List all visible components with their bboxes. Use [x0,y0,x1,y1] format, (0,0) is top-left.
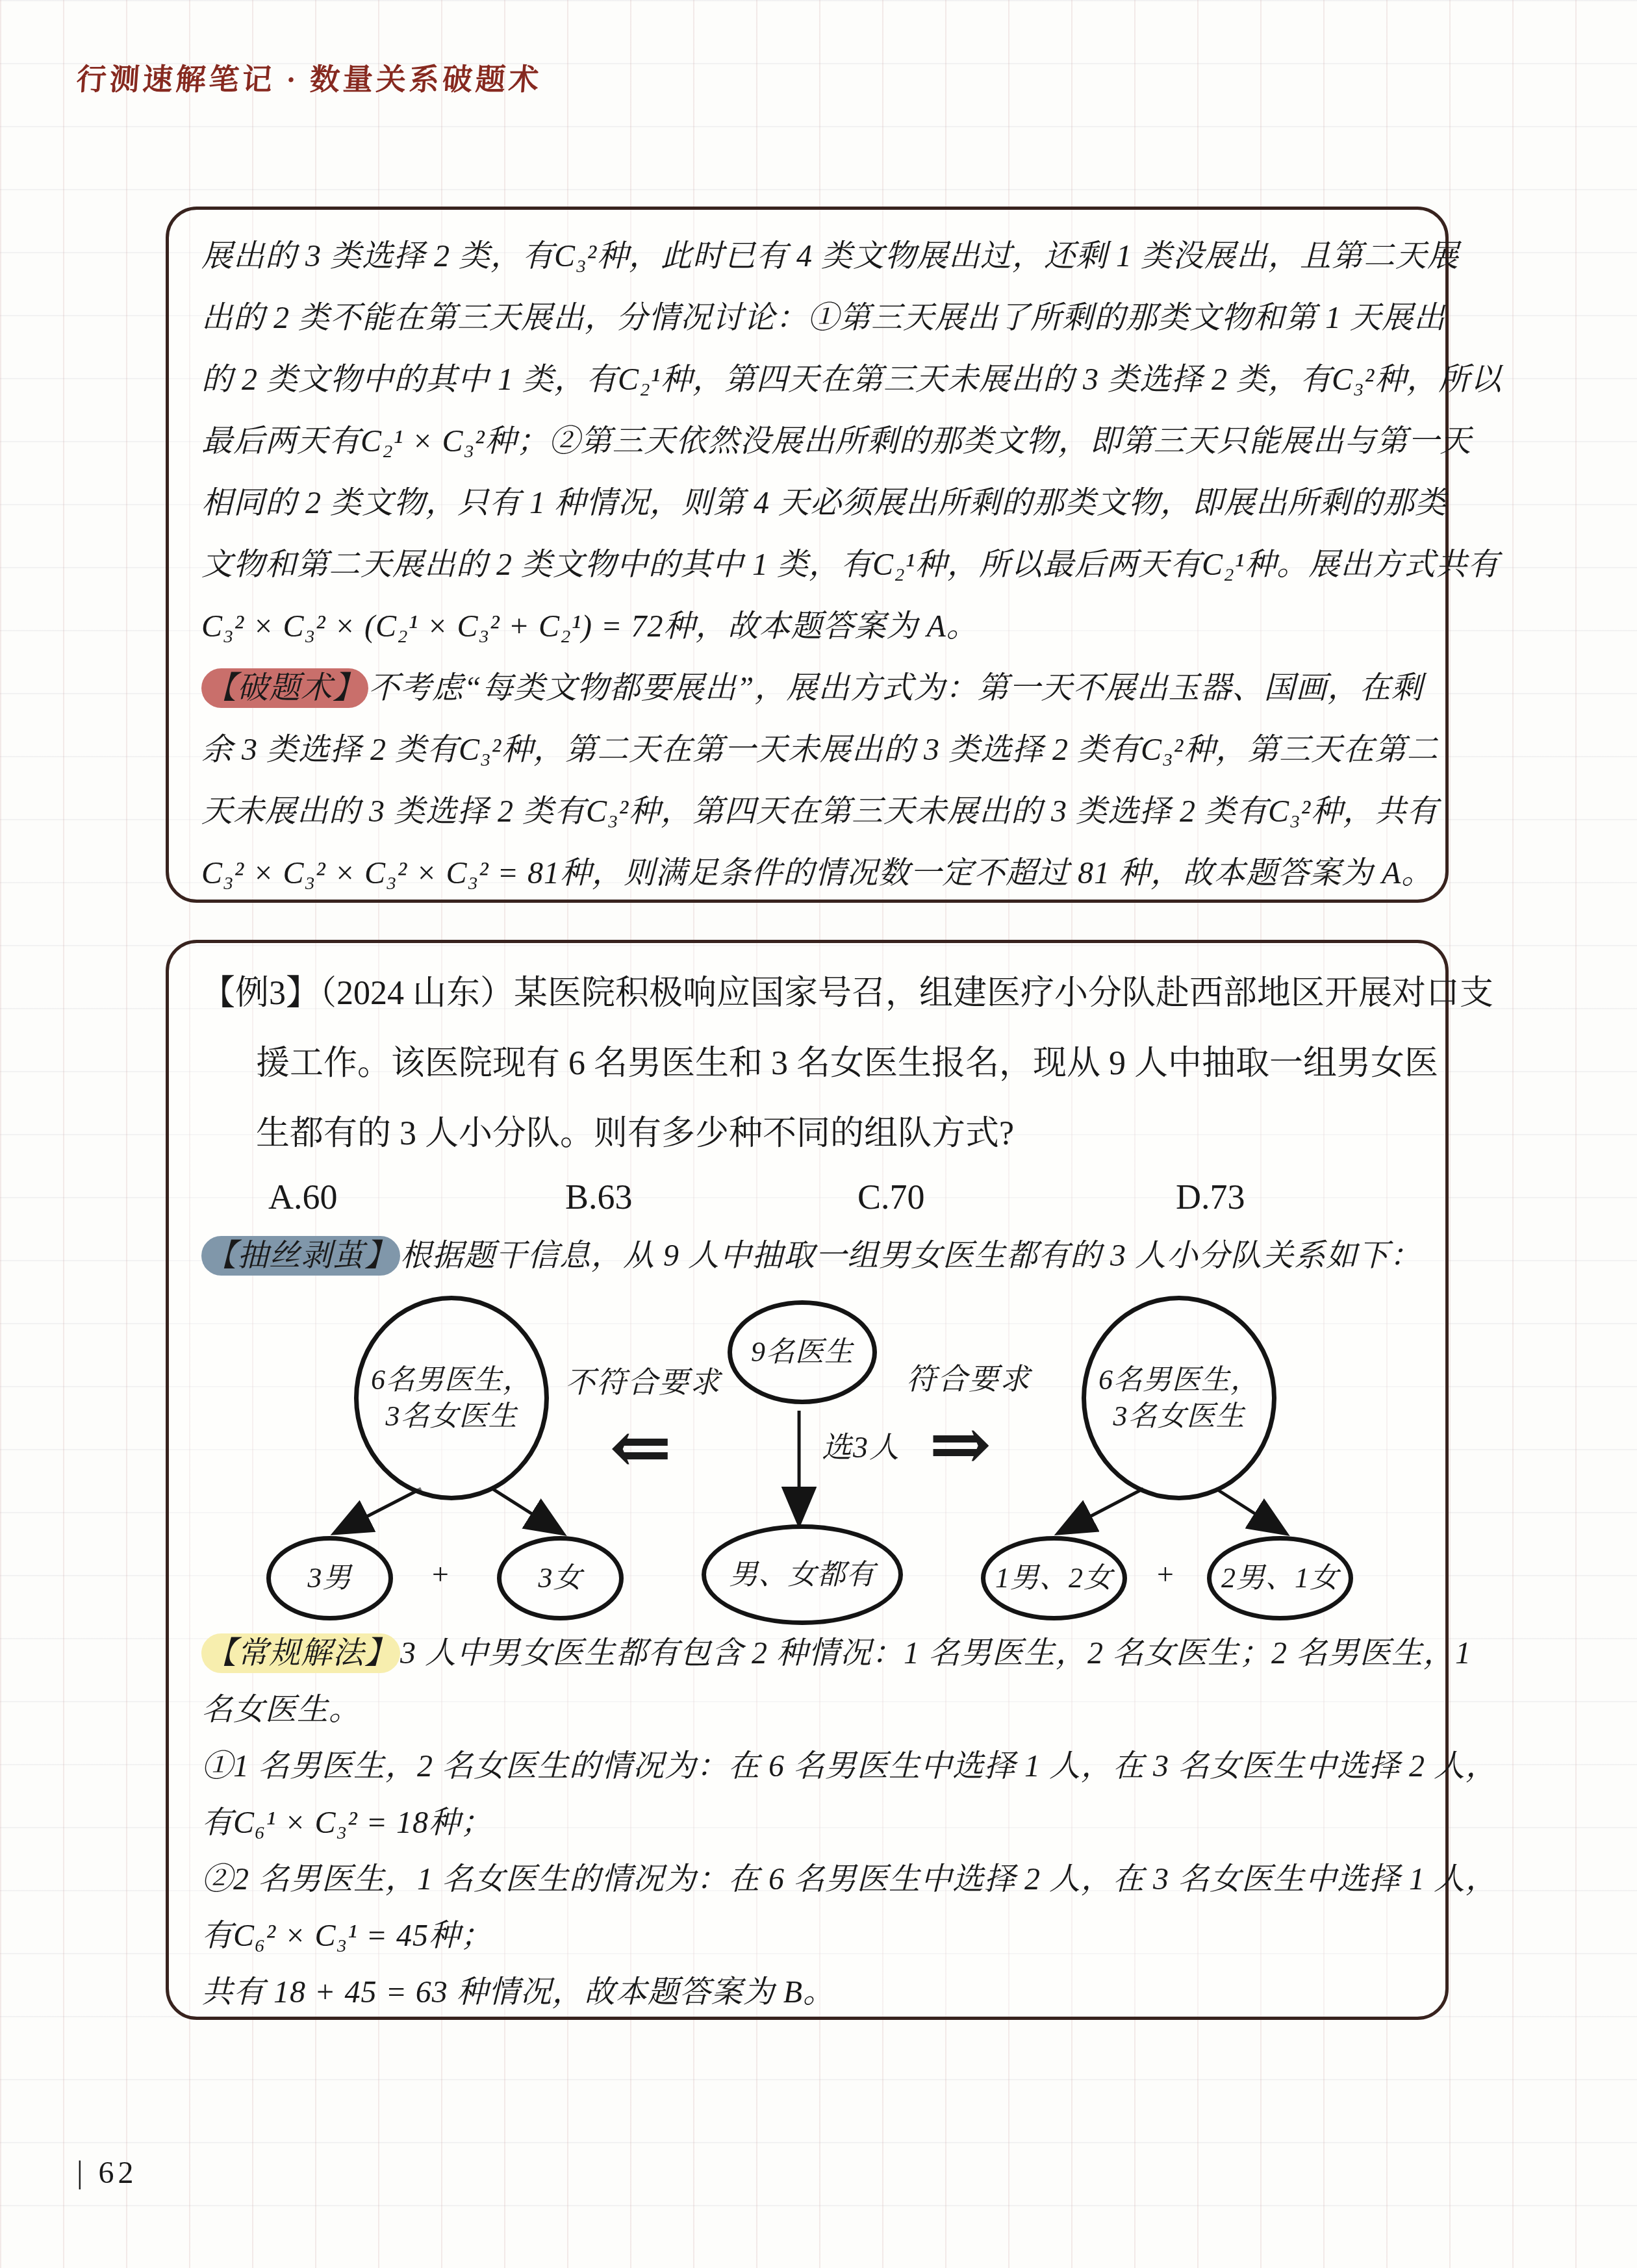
nine-doctors-circle: 9名医生 [728,1300,877,1404]
solution-line: 最后两天有C₂¹ × C₃²种；②第三天依然没展出所剩的那类文物，即第三天只能展… [201,410,1413,472]
three-men-label: 3男 [308,1560,352,1596]
analysis-tag: 【抽丝剥茧】 [201,1236,400,1276]
solution-box-1: 展出的 3 类选择 2 类，有C₃²种，此时已有 4 类文物展出过，还剩 1 类… [166,207,1449,903]
standard-solution-line: 【常规解法】3 人中男女医生都有包含 2 种情况：1 名男医生，2 名女医生；2… [201,1625,1413,1682]
standard-solution-formula: 有C₆² × C₃¹ = 45种； [201,1908,1413,1964]
standard-solution-line: 名女医生。 [201,1682,1413,1738]
standard-solution-conclusion: 共有 18 + 45 = 63 种情况，故本题答案为 B。 [201,1964,1413,2021]
right-population-line2: 3名女医生 [1113,1398,1245,1435]
breakthrough-line: 余 3 类选择 2 类有C₃²种，第二天在第一天未展出的 3 类选择 2 类有C… [201,719,1413,781]
both-genders-ellipse: 男、女都有 [702,1524,903,1625]
example-question-line: 【例3】（2024 山东）某医院积极响应国家号召，组建医疗小分队赴西部地区开展对… [201,959,1413,1029]
page-header-title: 行测速解笔记 · 数量关系破题术 [75,56,544,99]
standard-solution-line: ①1 名男医生，2 名女医生的情况为：在 6 名男医生中选择 1 人，在 3 名… [201,1738,1413,1795]
left-plus-sign: + [430,1557,450,1591]
team-selection-diagram: 6名男医生， 3名女医生 不符合要求 ⇐ 9名医生 选3人 符合要求 ⇒ 6名男… [201,1291,1413,1625]
scanned-notes-page: 行测速解笔记 · 数量关系破题术 展出的 3 类选择 2 类，有C₃²种，此时已… [0,0,1637,2268]
arrow-left-circle-to-3men [339,1489,421,1531]
left-population-line1: 6名男医生， [371,1362,532,1398]
example-question-line: 生都有的 3 人小分队。则有多少种不同的组队方式? [201,1099,1413,1169]
analysis-line: 【抽丝剥茧】根据题干信息，从 9 人中抽取一组男女医生都有的 3 人小分队关系如… [201,1225,1413,1287]
standard-solution-text: 3 人中男女医生都有包含 2 种情况：1 名男医生，2 名女医生；2 名男医生，… [400,1636,1471,1670]
not-match-label: 不符合要求 [565,1359,721,1402]
solution-line: 的 2 类文物中的其中 1 类，有C₂¹种，第四天在第三天未展出的 3 类选择 … [201,349,1413,410]
solution-line: 相同的 2 类文物，只有 1 种情况，则第 4 天必须展出所剩的那类文物，即展出… [201,472,1413,534]
example-question-text: 某医院积极响应国家号召，组建医疗小分队赴西部地区开展对口支 [514,975,1493,1012]
three-women-label: 3女 [539,1560,583,1596]
arrow-left-circle-to-3women [492,1489,559,1531]
right-plus-sign: + [1155,1557,1175,1591]
standard-solution-line: ②2 名男医生，1 名女医生的情况为：在 6 名男医生中选择 2 人，在 3 名… [201,1851,1413,1908]
page-number: | 62 [77,2155,138,2191]
match-label: 符合要求 [906,1355,1031,1398]
nine-doctors-label: 9名医生 [751,1334,854,1370]
arrow-right-circle-to-1m2w [1063,1489,1143,1531]
solution-formula-line: C₃² × C₃² × (C₂¹ × C₃² + C₂¹) = 72种，故本题答… [201,596,1413,657]
option-c: C.70 [857,1169,925,1225]
example-question-line: 援工作。该医院现有 6 名男医生和 3 名女医生报名，现从 9 人中抽取一组男女… [201,1029,1413,1099]
answer-options-row: A.60 B.63 C.70 D.73 [201,1169,1413,1225]
example-tag: 【例3】 [201,975,320,1012]
right-double-arrow-icon: ⇒ [929,1407,991,1482]
left-double-arrow-icon: ⇐ [609,1411,672,1485]
right-population-circle: 6名男医生， 3名女医生 [1082,1296,1276,1500]
analysis-text: 根据题干信息，从 9 人中抽取一组男女医生都有的 3 人小分队关系如下： [400,1239,1421,1273]
standard-solution-formula: 有C₆¹ × C₃² = 18种； [201,1795,1413,1851]
two-men-one-woman-label: 2男、1女 [1221,1560,1339,1596]
solution-line: 出的 2 类不能在第三天展出，分情况讨论：①第三天展出了所剩的那类文物和第 1 … [201,287,1413,349]
one-man-two-women-ellipse: 1男、2女 [981,1536,1127,1620]
select-3-label: 选3人 [822,1424,900,1467]
arrow-right-circle-to-2m1w [1216,1489,1282,1531]
three-women-ellipse: 3女 [497,1536,624,1620]
breakthrough-text: 不考虑“每类文物都要展出”，展出方式为：第一天不展出玉器、国画，在剩 [368,671,1423,705]
one-man-two-women-label: 1男、2女 [995,1560,1113,1596]
option-d: D.73 [1176,1169,1245,1225]
example-3-box: 【例3】（2024 山东）某医院积极响应国家号召，组建医疗小分队赴西部地区开展对… [166,940,1449,2020]
standard-solution-tag: 【常规解法】 [201,1633,400,1673]
left-population-circle: 6名男医生， 3名女医生 [354,1296,549,1500]
solution-line: 展出的 3 类选择 2 类，有C₃²种，此时已有 4 类文物展出过，还剩 1 类… [201,225,1413,287]
breakthrough-line: 天未展出的 3 类选择 2 类有C₃²种，第四天在第三天未展出的 3 类选择 2… [201,781,1413,842]
example-source: （2024 山东） [320,975,514,1012]
three-men-ellipse: 3男 [266,1536,393,1620]
breakthrough-formula-line: C₃² × C₃² × C₃² × C₃² = 81种，则满足条件的情况数一定不… [201,842,1413,904]
breakthrough-tag: 【破题术】 [201,668,368,708]
option-a: A.60 [268,1169,338,1225]
both-genders-label: 男、女都有 [730,1557,876,1593]
solution-line: 文物和第二天展出的 2 类文物中的其中 1 类，有C₂¹种，所以最后两天有C₂¹… [201,534,1413,596]
breakthrough-line: 【破题术】不考虑“每类文物都要展出”，展出方式为：第一天不展出玉器、国画，在剩 [201,657,1413,719]
option-b: B.63 [565,1169,633,1225]
left-population-line2: 3名女医生 [386,1398,518,1435]
two-men-one-woman-ellipse: 2男、1女 [1207,1536,1353,1620]
right-population-line1: 6名男医生， [1098,1362,1260,1398]
